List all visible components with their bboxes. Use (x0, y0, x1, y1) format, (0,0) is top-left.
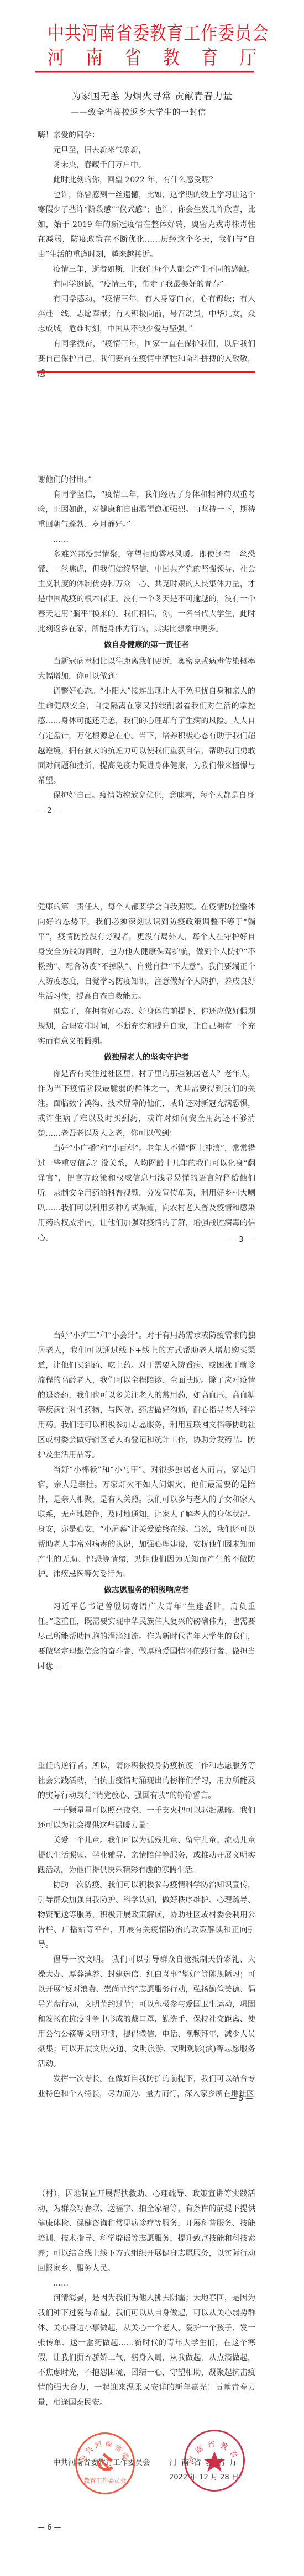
letterhead-char: 教 (163, 47, 180, 69)
letterhead-char: 南 (86, 47, 103, 69)
document-title: 为家国无恙 为烟火寻常 贡献青春力量 (0, 88, 304, 102)
ellipsis: …… (38, 2276, 255, 2291)
paragraph: 有同学遗憾，“疫情三年，带走了我最美好的青春”。 (38, 277, 255, 292)
seal-education-department: 河南省教育厅 (184, 2430, 245, 2492)
letterhead-char: 育 (201, 47, 218, 69)
paragraph: 习近平总书记曾殷切寄语广大青年“生逢盛世，肩负重任。”这重任，既需要实现中华民族… (38, 1600, 255, 1674)
paragraph: 当好“小棉袄”和“小马甲”。对很多独居老人而言，家是归宿，亲人是牵挂。万家灯火不… (38, 1463, 255, 1582)
paragraph: 一千颗星星可以照亮夜空、一千支火把可以驱赶黑暗。我们还可以为社会提供这些温暖力量… (38, 1803, 255, 1833)
ellipsis: …… (38, 532, 255, 547)
paragraph: 有同学坚信，“疫情三年，我们经历了身体和精神的双重考验，正因如此，对健康和自由渴… (38, 488, 255, 532)
page-number-4: — 4 — (38, 1665, 61, 1673)
paragraph: 当新冠病毒相比以往距离我们更近，奥密克戎病毒传染概率大幅增加，你可以做到： (38, 654, 255, 684)
paragraph: 多难兴邦疫起情聚，守望相助雾尽风暖。即使还有一丝恐慌、一丝焦虑，但我们始终坚信，… (38, 547, 255, 637)
paragraph: 有同学振奋，“疫情三年，国家一直在保护我们，以后我们要自己保护自己，我们要向在疫… (38, 337, 255, 382)
page-3-body: 健康的第一责任人，每个人都要学会自我照顾。在疫情防控整体向好的态势下，我们必须深… (38, 900, 255, 1246)
page-number-3: — 3 — (229, 1236, 253, 1244)
paragraph: 保护好自己。疫情防控放宽优化，意味着，每个人都是自身 (38, 789, 255, 803)
seal-party-committee: 中共河南省委 教育工作委员会 (75, 2432, 135, 2494)
letterhead-char: 厅 (240, 47, 256, 69)
svg-text:教育工作委员会: 教育工作委员会 (84, 2477, 127, 2484)
paragraph: 调整好心态。“小阳人”接连出现让人不免担忧自身和亲人的生命健康安全，自觉隔离在家… (38, 684, 255, 789)
paragraph: 谢他们的付出。” (38, 473, 255, 488)
page-1-bottom-red-rule (37, 371, 255, 373)
page-5-body: 重任的逆行者。所以，请你积极投身防疫抗疫工作和志愿服务等社会实践活动，向抗击疫情… (38, 1759, 255, 2102)
paragraph: 当好“小广播”和“小百科”。老年人不懂“网上冲浪”，常常错过一些重要信息？没关系… (38, 1141, 255, 1246)
paragraph: 别忘了，在拥有好心态、好身体的前提下，你还应做好假期规划，合理安排时间，不断充实… (38, 1004, 255, 1049)
section-heading-health: 做自身健康的第一责任者 (38, 637, 255, 654)
page-4-body: 当好“小护工”和“小会计”。对于有用药需求或防疫需求的独居老人，我们可以通过线下… (38, 1329, 255, 1674)
paragraph: 重任的逆行者。所以，请你积极投身防疫抗疫工作和志愿服务等社会实践活动，向抗击疫情… (38, 1759, 255, 1803)
svg-text:中共河南省委: 中共河南省委 (78, 2439, 131, 2464)
section-heading-elderly: 做独居老人的坚实守护者 (38, 1049, 255, 1067)
star-icon: 河南省教育厅 (186, 2431, 243, 2490)
page-number-2: — 2 — (38, 807, 61, 815)
document-subtitle: ——致全省高校返乡大学生的一封信 (71, 106, 206, 118)
hammer-sickle-icon: 中共河南省委 教育工作委员会 (77, 2434, 133, 2493)
paragraph: 冬未央，春藏千门万户中。 (38, 158, 255, 173)
letterhead-char: 省 (124, 47, 141, 69)
paragraph: （村），因地制宜开展帮扶救助、心理疏导、政策宣讲等实践活动，为群众写春联、送福字… (38, 2187, 255, 2276)
page-6-body: （村），因地制宜开展帮扶救助、心理疏导、政策宣讲等实践活动，为群众写春联、送福字… (38, 2187, 255, 2410)
paragraph: 倡导一次文明。 我们可以引导群众自觉抵制天价彩礼、大操大办、厚葬薄养、封建迷信、… (38, 1953, 255, 2072)
paragraph: 也许，你曾感到一丝遗憾，比如，这学期的线上学习让这个寒假少了些许“阶段感”“仪式… (38, 188, 255, 262)
paragraph: 当好“小护工”和“小会计”。对于有用药需求或防疫需求的独居老人，我们可以通过线下… (38, 1329, 255, 1463)
paragraph: 元旦至，旧去新来气象新， (38, 143, 255, 158)
letterhead-red-rule (35, 71, 254, 72)
paragraph: 此时此刻的你，回望 2022 年，有什么感受呢？ (38, 173, 255, 188)
paragraph: 健康的第一责任人，每个人都要学会自我照顾。在疫情防控整体向好的态势下，我们必须深… (38, 900, 255, 1004)
paragraph: 你是否有关注过社区里、村子里的那些独居老人？老年人，作为当下疫情阶段最脆弱的群体… (38, 1067, 255, 1141)
paragraph: 河清海晏，是因为我们为他人拂去阴霾；大地春回，是因为我们种下过爱与希望。我们可以… (38, 2291, 255, 2410)
paragraph: 发挥一次专长。在做好自我防护的前提下，我们可以结合专业特色和个人特长，尽力而为、… (38, 2072, 255, 2102)
paragraph: 协助一次防疫。我们可以积极参与疫情科学防治知识宣传，引导群众加强自我防护、科学认… (38, 1878, 255, 1953)
letterhead-line-2: 河 南 省 教 育 厅 (48, 47, 256, 69)
paragraph: 关爱一个儿童。我们可以为孤残儿童、留守儿童、流动儿童提供生活照顾、学业辅导、亲情… (38, 1833, 255, 1878)
page-number-6: — 6 — (38, 2524, 61, 2532)
page-1-body: 嗨！亲爱的同学： 元旦至，旧去新来气象新， 冬未央，春藏千门万户中。 此时此刻的… (38, 128, 255, 382)
page-2-body: 谢他们的付出。” 有同学坚信，“疫情三年，我们经历了身体和精神的双重考验，正因如… (38, 473, 255, 803)
paragraph: 有同学感动，“疫情三年，有人身穿白衣，心有锦缎；有人奔赴一线，志愿奉献；有人积极… (38, 292, 255, 337)
greeting: 嗨！亲爱的同学： (38, 128, 255, 143)
page-number-5: — 5 — (229, 2094, 253, 2103)
letterhead-line-1: 中共河南省委教育工作委员会 (48, 23, 258, 45)
letterhead-char: 河 (48, 47, 64, 69)
section-heading-volunteer: 做志愿服务的积极响应者 (38, 1582, 255, 1600)
paragraph: 疫情三年，逝者如斯，让我们每个人都会产生不同的感触。 (38, 262, 255, 277)
